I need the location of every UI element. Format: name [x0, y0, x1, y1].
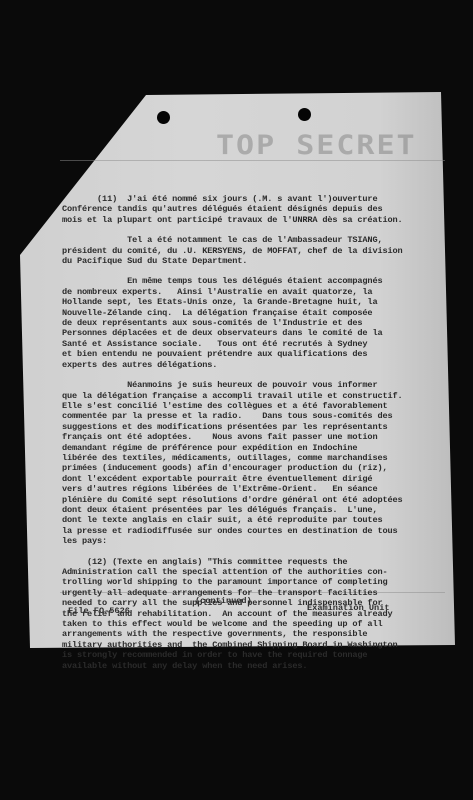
text-line: Conférence tandis qu'autres délégués éta…	[62, 204, 442, 214]
stamp-underline	[60, 160, 445, 161]
text-line: les pays:	[62, 536, 442, 546]
text-line: Néanmoins je suis heureux de pouvoir vou…	[62, 380, 442, 390]
text-line: mois et la plupart ont participé travaux…	[62, 215, 442, 225]
text-line: Administration call the special attentio…	[62, 567, 442, 577]
text-line: dont le texte anglais en clair suit, a é…	[62, 515, 442, 525]
paragraph: (11) J'ai été nommé six jours (.M. s ava…	[62, 194, 442, 225]
paragraph: En même temps tous les délégués étaient …	[62, 276, 442, 370]
text-line: suggestions et des modifications présent…	[62, 422, 442, 432]
text-line: la presse et radiodiffusée sur ondes cou…	[62, 526, 442, 536]
text-line: Hollande sept, les Etats-Unis onze, la G…	[62, 297, 442, 307]
text-line: de nombreux experts. Ainsi l'Australie e…	[62, 287, 442, 297]
punch-hole-left	[157, 111, 170, 124]
text-line: président du comité, du .U. KERSYENS, de…	[62, 246, 442, 256]
paragraph: Néanmoins je suis heureux de pouvoir vou…	[62, 380, 442, 547]
text-line: du Pacifique Sud du State Department.	[62, 256, 442, 266]
text-line: is strongly recommended in order to have…	[62, 650, 442, 660]
text-line: arrangements with the respective governm…	[62, 629, 442, 639]
text-line: trolling world shipping to the paramount…	[62, 577, 442, 587]
text-line: primées (inducement goods) afin d'encour…	[62, 463, 442, 473]
scanned-document-viewer: TOP SECRET (11) J'ai été nommé six jours…	[0, 0, 473, 800]
text-line: commentée par la presse et la radio. Dan…	[62, 411, 442, 421]
text-line: français ont été adoptées. Nous avons fa…	[62, 432, 442, 442]
text-line: military authorities and the Combined Sh…	[62, 640, 442, 650]
continued-label: (continued)	[195, 596, 252, 606]
text-line: Tel a été notamment le cas de l'Ambassad…	[62, 235, 442, 245]
text-line: Personnes déplacées et de deux observate…	[62, 328, 442, 338]
text-line: et bien entendu ne pouvaient prétendre a…	[62, 349, 442, 359]
text-line: de deux représentants aux sous-comités d…	[62, 318, 442, 328]
classification-stamp: TOP SECRET	[216, 130, 417, 162]
text-line: Santé et Assistance sociale. Tous ont ét…	[62, 339, 442, 349]
text-line: demandant régime de préférence pour expé…	[62, 443, 442, 453]
text-line: Nouvelle-Zélande cinq. La délégation fra…	[62, 308, 442, 318]
text-line: available without any delay when the nee…	[62, 661, 442, 671]
text-line: dont l'excédent exportable pourrait être…	[62, 474, 442, 484]
text-line: (12) (Texte en anglais) "This committee …	[62, 557, 442, 567]
text-line: que la délégation française a accompli t…	[62, 391, 442, 401]
text-line: (11) J'ai été nommé six jours (.M. s ava…	[62, 194, 442, 204]
text-line: libérée des textiles, médicaments, outil…	[62, 453, 442, 463]
text-line: Elle s'est concilié l'estime des collègu…	[62, 401, 442, 411]
text-line: urgently all adequate arrangements for t…	[62, 588, 442, 598]
text-line: En même temps tous les délégués étaient …	[62, 276, 442, 286]
text-line: plénière du Comité sept résolutions d'or…	[62, 495, 442, 505]
text-line: dont deux étaient présentées par les dél…	[62, 505, 442, 515]
file-number: File FO-5626	[68, 606, 130, 616]
examination-unit-label: Examination Unit	[307, 603, 390, 613]
text-line: taken to this effect would be welcome an…	[62, 619, 442, 629]
text-line: vers d'autres régions libérées de l'Extr…	[62, 484, 442, 494]
paragraph: Tel a été notamment le cas de l'Ambassad…	[62, 235, 442, 266]
text-line: experts des autres délégations.	[62, 360, 442, 370]
punch-hole-right	[298, 108, 311, 121]
